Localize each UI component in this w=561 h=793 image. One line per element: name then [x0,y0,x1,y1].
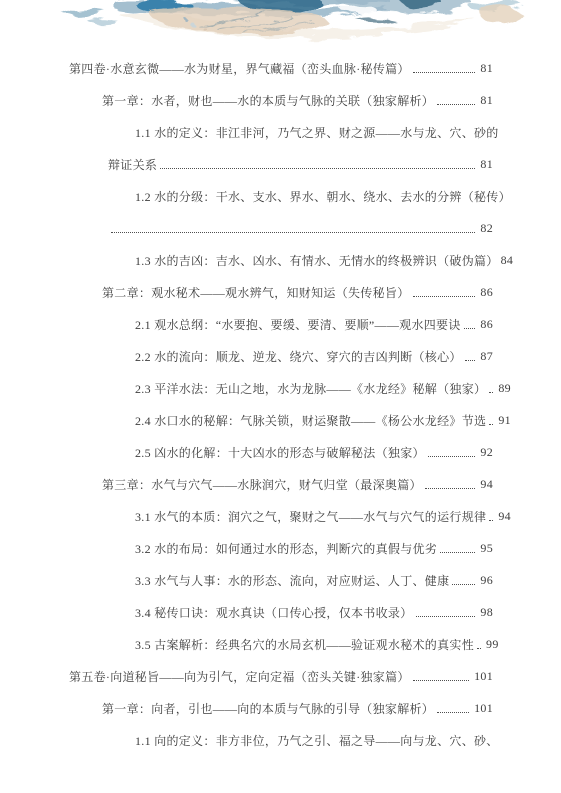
toc-line-leader [489,424,493,425]
toc-line: 第一章：水者，财也——水的本质与气脉的关联（独家解析） 81 [0,84,561,116]
toc-line: 2.1 观水总纲：“水要抱、要缓、要清、要顺”——观水四要诀 86 [0,308,561,340]
toc-line: 3.5 古案解析：经典名穴的水局玄机——验证观水秘术的真实性 99 [0,628,561,660]
toc-line: 第一章：向者，引也——向的本质与气脉的引导（独家解析） 101 [0,692,561,724]
watercolor-banner-image [58,0,526,46]
toc-line-text: 1.1 水的定义：非江非河，乃气之界、财之源——水与龙、穴、砂的 [135,124,499,141]
toc-line-page: 84 [501,253,514,268]
toc-line: 3.3 水气与人事：水的形态、流向，对应财运、人丁、健康 96 [0,564,561,596]
toc-line-page: 86 [480,285,493,300]
toc-line: 第五卷·向道秘旨——向为引气，定向定福（峦头关键·独家篇） 101 [0,660,561,692]
toc-line: 第三章：水气与穴气——水脉润穴，财气归堂（最深奥篇） 94 [0,468,561,500]
toc-line-text: 2.1 观水总纲：“水要抱、要缓、要清、要顺”——观水四要诀 [135,316,461,333]
toc-line-page: 82 [480,221,493,236]
toc-line: 辩证关系 81 [0,148,561,180]
toc-line-leader [477,648,481,649]
toc-line-leader [111,232,475,233]
toc-line: 1.2 水的分级：干水、支水、界水、朝水、绕水、去水的分辨（秘传） [0,180,561,212]
toc-line: 3.4 秘传口诀：观水真诀（口传心授，仅本书收录） 98 [0,596,561,628]
toc-line-leader [452,584,475,585]
toc-line-text: 3.3 水气与人事：水的形态、流向，对应财运、人丁、健康 [135,572,449,589]
toc-line-leader [425,488,476,489]
toc-line: 2.4 水口水的秘解：气脉关锁，财运聚散——《杨公水龙经》节选 91 [0,404,561,436]
toc-line-page: 95 [480,541,493,556]
toc-line-text: 3.4 秘传口诀：观水真诀（口传心授，仅本书收录） [135,604,413,621]
toc-line-text: 第二章：观水秘术——观水辨气，知财知运（失传秘旨） [102,284,410,301]
toc-line-leader [489,392,493,393]
toc-line: 3.1 水气的本质：润穴之气，聚财之气——水气与穴气的运行规律 94 [0,500,561,532]
toc-line-page: 86 [480,317,493,332]
toc-line: 2.2 水的流向：顺龙、逆龙、绕穴、穿穴的吉凶判断（核心） 87 [0,340,561,372]
toc-line: 1.3 水的吉凶：吉水、凶水、有情水、无情水的终极辨识（破伪篇） 84 [0,244,561,276]
toc-line-leader [413,72,476,73]
toc-line-leader [440,552,475,553]
toc-line-text: 2.5 凶水的化解：十大凶水的形态与破解秘法（独家） [135,444,425,461]
toc-line: 82 [0,212,561,244]
toc-line-page: 94 [498,509,511,524]
document-page: 第四卷·水意玄微——水为财星，界气藏福（峦头血脉·秘传篇） 81 第一章：水者，… [0,0,561,793]
toc-list: 第四卷·水意玄微——水为财星，界气藏福（峦头血脉·秘传篇） 81 第一章：水者，… [0,52,561,756]
toc-line-text: 2.4 水口水的秘解：气脉关锁，财运聚散——《杨公水龙经》节选 [135,412,486,429]
toc-line-text: 3.2 水的布局：如何通过水的形态，判断穴的真假与优劣 [135,540,437,557]
toc-line-page: 89 [498,381,511,396]
toc-line-text: 第四卷·水意玄微——水为财星，界气藏福（峦头血脉·秘传篇） [69,60,410,77]
toc-line-text: 1.3 水的吉凶：吉水、凶水、有情水、无情水的终极辨识（破伪篇） [135,252,499,269]
toc-line-text: 3.1 水气的本质：润穴之气，聚财之气——水气与穴气的运行规律 [135,508,486,525]
toc-line-page: 96 [480,573,493,588]
toc-line-leader [465,360,476,361]
toc-line-leader [413,680,469,681]
toc-line-text: 第三章：水气与穴气——水脉润穴，财气归堂（最深奥篇） [102,476,422,493]
toc-line: 2.5 凶水的化解：十大凶水的形态与破解秘法（独家） 92 [0,436,561,468]
toc-line: 第四卷·水意玄微——水为财星，界气藏福（峦头血脉·秘传篇） 81 [0,52,561,84]
toc-line-leader [160,168,475,169]
toc-line-page: 81 [480,157,493,172]
toc-line-page: 101 [474,701,493,716]
toc-line: 3.2 水的布局：如何通过水的形态，判断穴的真假与优劣 95 [0,532,561,564]
toc-line-text: 1.2 水的分级：干水、支水、界水、朝水、绕水、去水的分辨（秘传） [135,188,511,205]
toc-line: 第二章：观水秘术——观水辨气，知财知运（失传秘旨） 86 [0,276,561,308]
toc-line: 1.1 向的定义：非方非位，乃气之引、福之导——向与龙、穴、砂、 [0,724,561,756]
toc-line: 1.1 水的定义：非江非河，乃气之界、财之源——水与龙、穴、砂的 [0,116,561,148]
toc-line-text: 2.3 平洋水法：无山之地，水为龙脉——《水龙经》秘解（独家） [135,380,486,397]
toc-line-leader [464,328,476,329]
toc-line-leader [437,712,469,713]
toc-line-page: 91 [498,413,511,428]
toc-line-page: 87 [480,349,493,364]
toc-line-leader [413,296,476,297]
toc-line-page: 99 [486,637,499,652]
toc-line-leader [428,456,476,457]
toc-line-text: 第一章：水者，财也——水的本质与气脉的关联（独家解析） [102,92,434,109]
toc-line-leader [437,104,475,105]
toc-line-text: 辩证关系 [108,156,157,173]
toc-line-page: 92 [480,445,493,460]
toc-line-page: 81 [480,61,493,76]
toc-line-page: 94 [480,477,493,492]
toc-line-leader [489,520,493,521]
toc-line-text: 第五卷·向道秘旨——向为引气，定向定福（峦头关键·独家篇） [69,668,410,685]
toc-line-page: 81 [480,93,493,108]
toc-line-text: 3.5 古案解析：经典名穴的水局玄机——验证观水秘术的真实性 [135,636,474,653]
toc-line-leader [416,616,476,617]
toc-line-text: 2.2 水的流向：顺龙、逆龙、绕穴、穿穴的吉凶判断（核心） [135,348,462,365]
toc-line-page: 98 [480,605,493,620]
toc-line: 2.3 平洋水法：无山之地，水为龙脉——《水龙经》秘解（独家） 89 [0,372,561,404]
toc-line-text: 1.1 向的定义：非方非位，乃气之引、福之导——向与龙、穴、砂、 [135,732,499,749]
toc-line-page: 101 [474,669,493,684]
toc-line-text: 第一章：向者，引也——向的本质与气脉的引导（独家解析） [102,700,434,717]
